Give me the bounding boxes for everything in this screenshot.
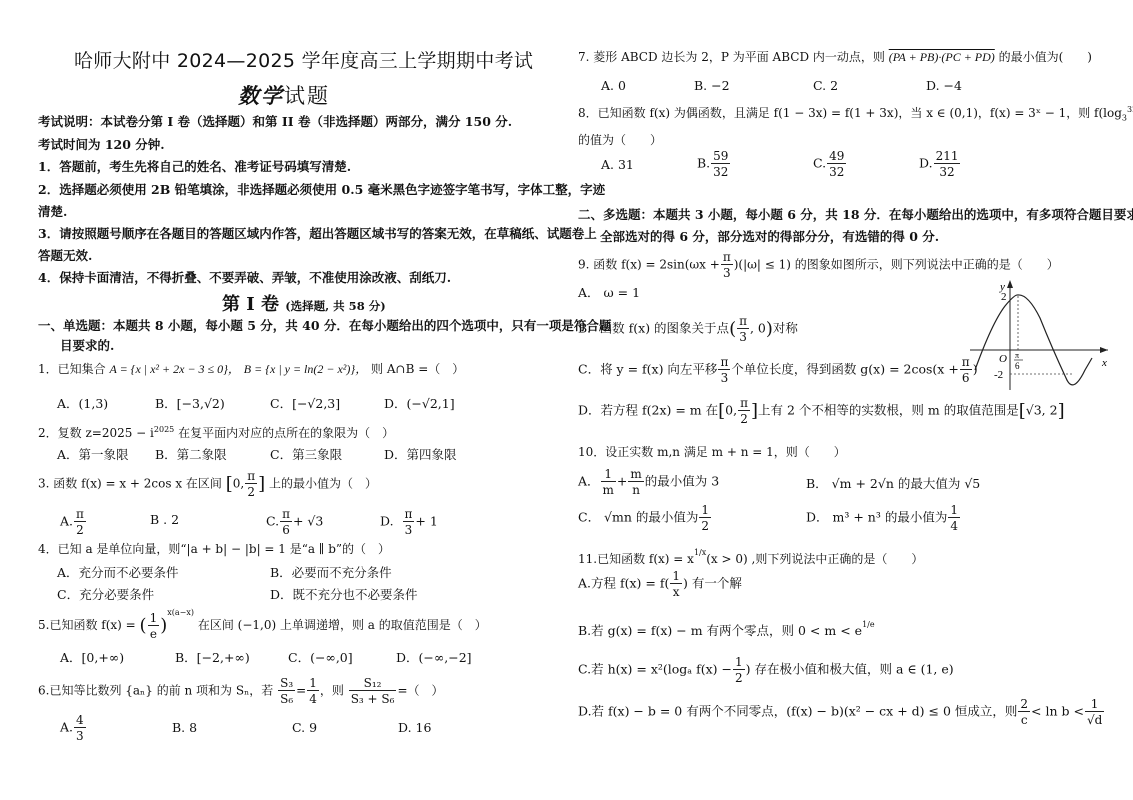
question-8: 8．已知函数 f(x) 为偶函数，且满足 f(1 − 3x) = f(1 + 3…: [578, 104, 1133, 122]
q10-option-d[interactable]: D． m³ + n³ 的最小值为14: [806, 504, 961, 532]
x-axis-arrow-icon: [1100, 347, 1108, 353]
instruction-item-2: 2．选择题必须使用 2B 铅笔填涂，非选择题必须使用 0.5 毫米黑色字迹签字笔…: [38, 180, 605, 198]
question-2: 2．复数 z=2025 − i2025 在复平面内对应的点所在的象限为（ ）: [38, 424, 394, 441]
q2-exponent: 2025: [154, 425, 174, 434]
q5-base: 1e: [148, 612, 160, 640]
section-2-desc-cont: 全部选对的得 6 分，部分选对的得部分分，有选错的得 0 分.: [600, 227, 939, 245]
q1-option-d[interactable]: D．(−√2,1]: [384, 394, 455, 412]
q7-vector-expression: (PA + PB)·(PC + PD): [889, 50, 995, 64]
q5-option-d[interactable]: D．(−∞,−2]: [396, 648, 472, 666]
q3-option-c[interactable]: C.π6+ √3: [266, 508, 323, 536]
q1-option-c[interactable]: C．[−√2,3]: [270, 394, 340, 412]
q4-option-a[interactable]: A．充分而不必要条件: [57, 563, 179, 581]
question-7: 7. 菱形 ABCD 边长为 2，P 为平面 ABCD 内一动点，则 (PA +…: [578, 48, 1092, 65]
instructions-line-2: 考试时间为 120 分钟.: [38, 135, 165, 153]
svg-text:π: π: [1015, 351, 1019, 360]
svg-text:O: O: [999, 353, 1007, 365]
q8-option-a[interactable]: A. 31: [601, 157, 634, 172]
q8-option-c[interactable]: C.4932: [813, 150, 847, 178]
q4-option-b[interactable]: B．必要而不充分条件: [270, 563, 392, 581]
svg-text:6: 6: [1015, 361, 1020, 371]
instruction-item-4: 4．保持卡面清洁，不得折叠、不要弄破、弄皱，不准使用涂改液、刮纸刀.: [38, 268, 451, 286]
q5-exponent: x(a−x): [167, 608, 194, 617]
q6-option-c[interactable]: C. 9: [292, 720, 317, 735]
q9-sine-graph: y x O 2 -2 π 6: [970, 278, 1110, 396]
question-5: 5.已知函数 f(x) = (1e)x(a−x) 在区间 (−1,0) 上单调递…: [38, 608, 487, 640]
question-10: 10．设正实数 m,n 满足 m + n = 1，则（ ）: [578, 443, 846, 460]
q3-interval-frac: π2: [245, 470, 257, 498]
q2-option-d[interactable]: D．第四象限: [384, 445, 457, 463]
q9-option-d[interactable]: D．若方程 f(2x) = m 在[0,π2]上有 2 个不相等的实数根，则 m…: [578, 397, 1065, 425]
q8-stem: 8．已知函数 f(x) 为偶函数，且满足 f(1 − 3x) = f(1 + 3…: [578, 106, 1122, 120]
part-1-title: 第 I 卷: [222, 294, 279, 315]
question-9: 9. 函数 f(x) = 2sin(ωx +π3)(|ω| ≤ 1) 的图象如图…: [578, 251, 1059, 279]
y-axis-arrow-icon: [1007, 280, 1013, 288]
instruction-item-3-cont: 答题无效.: [38, 246, 92, 264]
q3-stem-end: 上的最小值为（ ）: [269, 477, 377, 491]
q1-ask: 则 A∩B =（ ）: [371, 362, 464, 376]
q2-stem: 2．复数 z=2025 − i: [38, 426, 154, 440]
part-1-heading: 第 I 卷 (选择题, 共 58 分): [222, 290, 386, 316]
instructions-line-1: 考试说明：本试卷分第 I 卷（选择题）和第 II 卷（非选择题）两部分，满分 1…: [38, 112, 512, 130]
q1-set-b: B = {x | y = ln(2 − x²)}，: [244, 362, 367, 376]
q6-option-b[interactable]: B. 8: [172, 720, 197, 735]
exam-subject-title: 数学试题: [238, 80, 330, 110]
instruction-item-1: 1．答题前，考生先将自己的姓名、准考证号码填写清楚.: [38, 157, 351, 175]
q6-option-a[interactable]: A.43: [60, 714, 87, 742]
q11-option-a[interactable]: A.方程 f(x) = f(1x) 有一个解: [578, 570, 742, 598]
q10-option-b[interactable]: B． √m + 2√n 的最大值为 √5: [806, 474, 980, 492]
part-1-note: (选择题, 共 58 分): [285, 299, 385, 313]
q7-option-a[interactable]: A. 0: [601, 78, 626, 93]
q7-ask: 的最小值为( ): [999, 50, 1092, 64]
q3-option-d[interactable]: D. π3+ 1: [380, 508, 438, 536]
q1-option-a[interactable]: A．(1,3): [57, 394, 108, 412]
question-6: 6.已知等比数列 {aₙ} 的前 n 项和为 Sₙ，若 S₃S₆=14，则 S₁…: [38, 677, 444, 705]
q9-option-c[interactable]: C．将 y = f(x) 向左平移π3个单位长度，得到函数 g(x) = 2co…: [578, 356, 978, 384]
q11-option-d[interactable]: D.若 f(x) − b = 0 有两个不同零点，(f(x) − b)(x² −…: [578, 698, 1105, 726]
q7-option-c[interactable]: C. 2: [813, 78, 838, 93]
svg-text:x: x: [1101, 357, 1107, 369]
svg-text:2: 2: [1001, 291, 1007, 303]
q2-option-a[interactable]: A．第一象限: [57, 445, 129, 463]
q8-option-d[interactable]: D.21132: [919, 150, 961, 178]
section-1-desc-cont: 目要求的.: [60, 336, 114, 354]
instruction-item-2-cont: 清楚.: [38, 202, 67, 220]
exam-title: 哈师大附中 2024—2025 学年度高三上学期期中考试: [74, 46, 533, 73]
q4-option-d[interactable]: D．既不充分也不必要条件: [270, 585, 418, 603]
question-8-cont: 的值为（ ）: [578, 131, 662, 148]
question-3: 3. 函数 f(x) = x + 2cos x 在区间 [0,π2] 上的最小值…: [38, 470, 377, 498]
question-11: 11.已知函数 f(x) = x1/x(x > 0) ,则下列说法中正确的是（ …: [578, 548, 923, 567]
section-1-desc: 一、单选题：本题共 8 小题，每小题 5 分，共 40 分．在每小题给出的四个选…: [38, 316, 611, 334]
q8-option-b[interactable]: B.5932: [697, 150, 731, 178]
q3-stem: 3. 函数 f(x) = x + 2cos x 在区间: [38, 477, 222, 491]
q5-option-c[interactable]: C．(−∞,0]: [288, 648, 353, 666]
q5-stem-end: 在区间 (−1,0) 上单调递增，则 a 的取值范围是（ ）: [198, 618, 487, 632]
q3-interval-left: 0,: [233, 477, 244, 491]
q2-stem-end: 在复平面内对应的点所在的象限为（ ）: [174, 426, 394, 440]
q1-set-a: A = {x | x² + 2x − 3 ≤ 0}，: [109, 362, 239, 376]
q10-option-a[interactable]: A．1m+mn的最小值为 3: [578, 468, 719, 496]
q2-option-b[interactable]: B．第二象限: [155, 445, 227, 463]
q7-option-d[interactable]: D. −4: [926, 78, 962, 93]
q9-option-a[interactable]: A． ω = 1: [578, 283, 640, 301]
question-1: 1．已知集合 A = {x | x² + 2x − 3 ≤ 0}， B = {x…: [38, 360, 464, 377]
q2-option-c[interactable]: C．第三象限: [270, 445, 342, 463]
q6-stem: 6.已知等比数列 {aₙ} 的前 n 项和为 Sₙ，若: [38, 684, 273, 698]
q7-stem: 7. 菱形 ABCD 边长为 2，P 为平面 ABCD 内一动点，则: [578, 50, 885, 64]
svg-text:-2: -2: [994, 369, 1003, 381]
q11-option-b[interactable]: B.若 g(x) = f(x) − m 有两个零点，则 0 < m < e1/e: [578, 620, 875, 639]
instruction-item-3: 3．请按照题号顺序在各题目的答题区域内作答，超出答题区域书写的答案无效，在草稿纸…: [38, 224, 597, 242]
q1-stem: 1．已知集合: [38, 362, 106, 376]
q10-option-c[interactable]: C． √mn 的最小值为12: [578, 504, 712, 532]
q3-option-a[interactable]: A.π2: [60, 508, 87, 536]
q5-option-a[interactable]: A．[0,+∞): [60, 648, 124, 666]
question-4: 4．已知 a 是单位向量，则“|a + b| − |b| = 1 是“a ∥ b…: [38, 540, 390, 557]
q7-option-b[interactable]: B. −2: [694, 78, 730, 93]
q9-option-b[interactable]: B．函数 f(x) 的图象关于点(π3, 0)对称: [578, 315, 798, 343]
q1-option-b[interactable]: B．[−3,√2): [155, 394, 225, 412]
q5-option-b[interactable]: B．[−2,+∞): [175, 648, 250, 666]
subject-suffix: 试题: [284, 84, 330, 108]
subject-label: 数学: [238, 83, 284, 108]
q5-stem: 5.已知函数 f(x) =: [38, 618, 136, 632]
q11-option-c[interactable]: C.若 h(x) = x²(logₐ f(x) −12) 存在极小值和极大值，则…: [578, 656, 954, 684]
q3-option-b[interactable]: B . 2: [150, 512, 179, 527]
q4-option-c[interactable]: C．充分必要条件: [57, 585, 154, 603]
q6-option-d[interactable]: D. 16: [398, 720, 431, 735]
section-2-desc: 二、多选题：本题共 3 小题，每小题 6 分，共 18 分．在每小题给出的选项中…: [578, 205, 1133, 223]
